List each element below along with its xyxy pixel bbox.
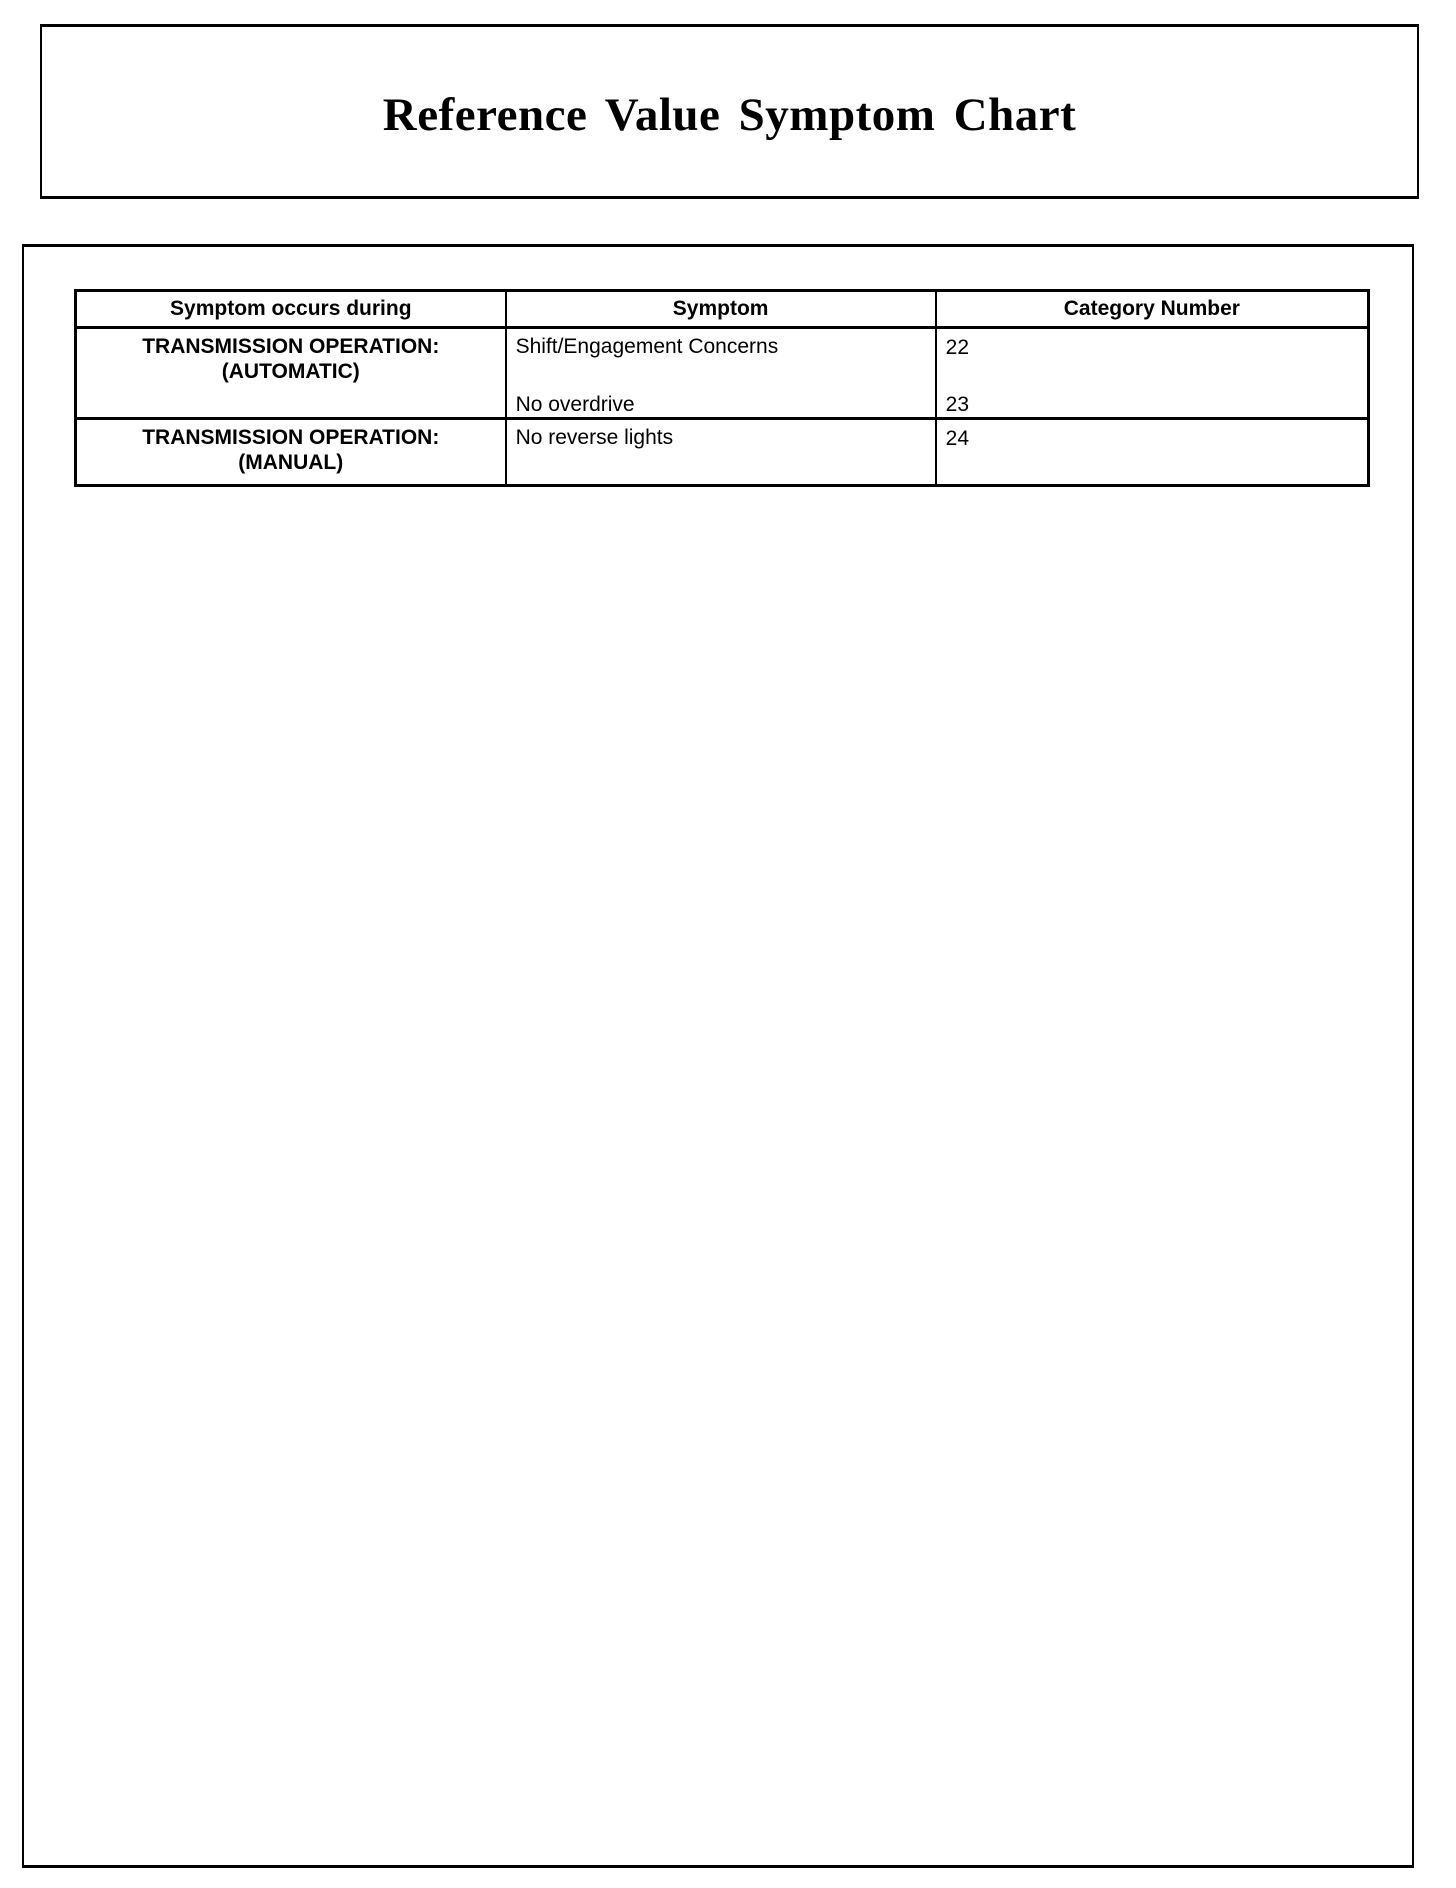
table-row: TRANSMISSION OPERATION: (MANUAL) No reve…: [76, 419, 1369, 486]
category-number-cell: 24: [936, 419, 1369, 486]
page-title: Reference Value Symptom Chart: [383, 88, 1076, 142]
operation-type: (AUTOMATIC): [77, 359, 505, 384]
column-header-symptom: Symptom: [506, 291, 936, 328]
category-number-cell: 23: [936, 387, 1369, 419]
symptom-occurs-during-cell: TRANSMISSION OPERATION: (MANUAL): [76, 419, 506, 486]
title-box: Reference Value Symptom Chart: [40, 24, 1419, 199]
column-header-symptom-occurs-during: Symptom occurs during: [76, 291, 506, 328]
content-box: Symptom occurs during Symptom Category N…: [22, 244, 1414, 1868]
category-number-cell: 22: [936, 328, 1369, 388]
operation-label: TRANSMISSION OPERATION:: [77, 334, 505, 359]
operation-label: TRANSMISSION OPERATION:: [77, 425, 505, 450]
column-header-category-number: Category Number: [936, 291, 1369, 328]
symptom-chart-table: Symptom occurs during Symptom Category N…: [74, 289, 1370, 487]
symptom-cell: No overdrive: [506, 387, 936, 419]
symptom-cell: No reverse lights: [506, 419, 936, 486]
symptom-occurs-during-cell: TRANSMISSION OPERATION: (AUTOMATIC): [76, 328, 506, 419]
operation-type: (MANUAL): [77, 450, 505, 475]
table-row: TRANSMISSION OPERATION: (AUTOMATIC) Shif…: [76, 328, 1369, 388]
symptom-cell: Shift/Engagement Concerns: [506, 328, 936, 388]
table-header-row: Symptom occurs during Symptom Category N…: [76, 291, 1369, 328]
